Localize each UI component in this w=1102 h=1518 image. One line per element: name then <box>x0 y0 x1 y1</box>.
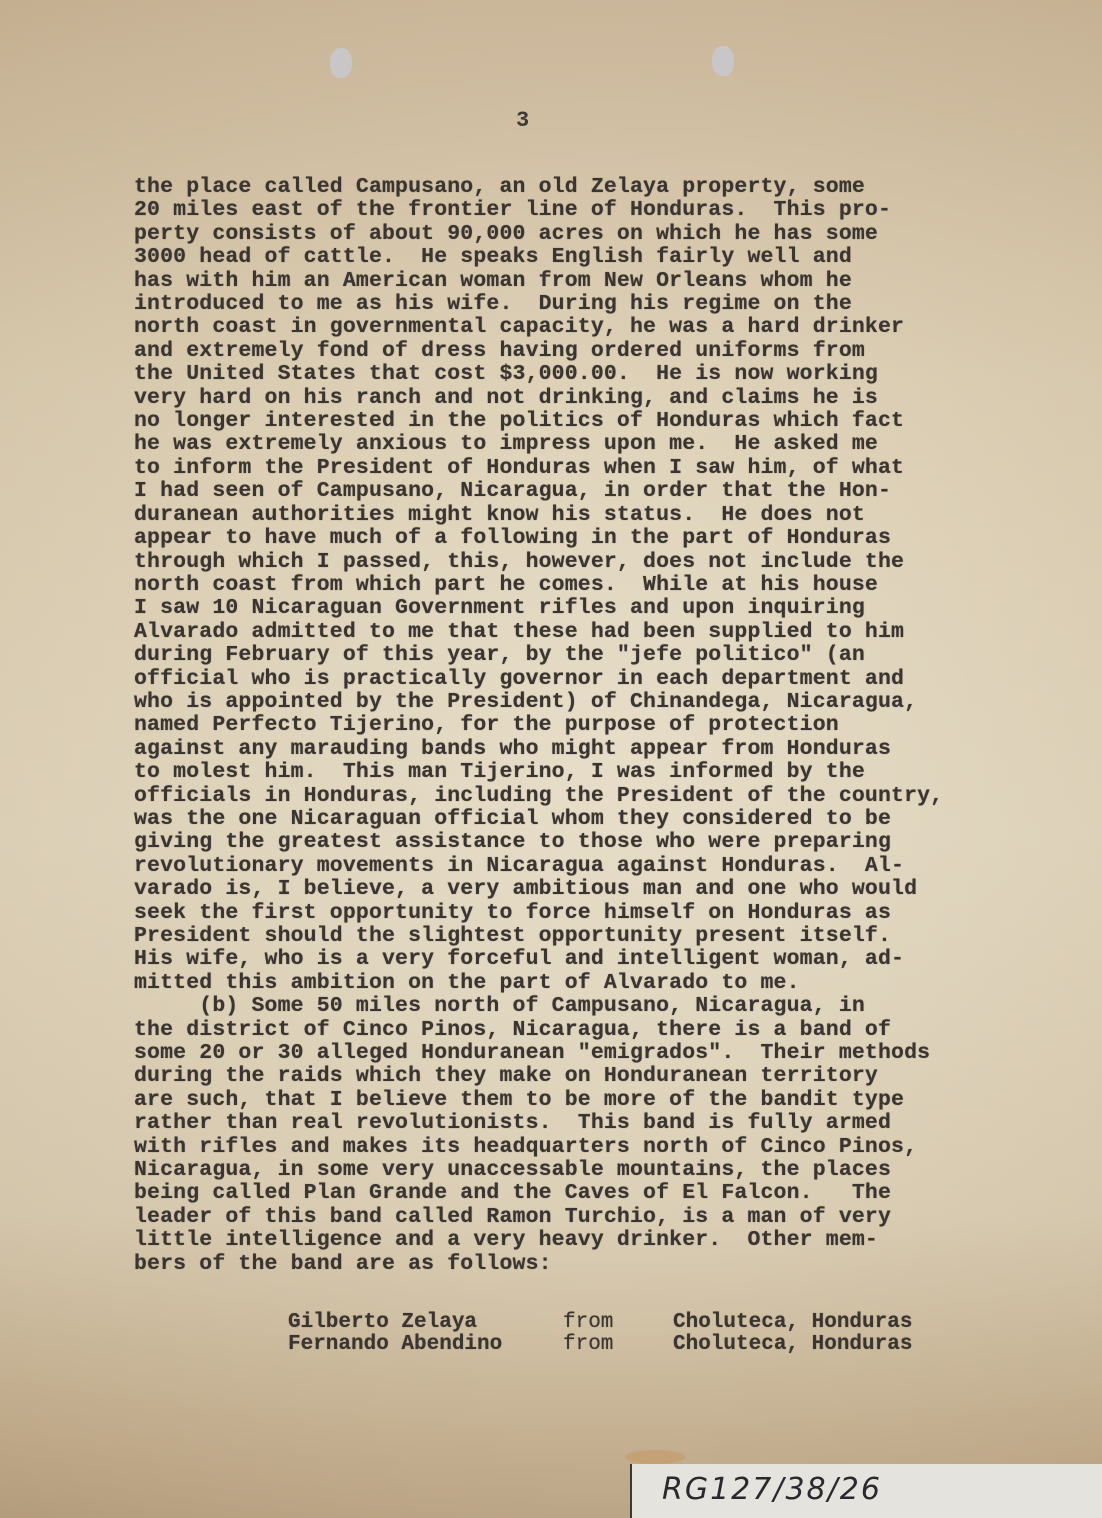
text-line: to inform the President of Honduras when… <box>134 457 1014 480</box>
text-line: 3000 head of cattle. He speaks English f… <box>134 246 1014 269</box>
text-line: the place called Campusano, an old Zelay… <box>134 176 1014 199</box>
text-line: rather than real revolutionists. This ba… <box>134 1112 1014 1135</box>
member-name: Fernando Abendino <box>288 1334 563 1356</box>
member-row: Fernando AbendinofromCholuteca, Honduras <box>288 1334 968 1356</box>
text-line: perty consists of about 90,000 acres on … <box>134 223 1014 246</box>
member-name: Gilberto Zelaya <box>288 1312 563 1334</box>
member-place: Choluteca, Honduras <box>673 1334 912 1356</box>
text-line: official who is practically governor in … <box>134 668 1014 691</box>
member-row: Gilberto ZelayafromCholuteca, Honduras <box>288 1312 968 1334</box>
text-line: being called Plan Grande and the Caves o… <box>134 1182 1014 1205</box>
text-line: little intelligence and a very heavy dri… <box>134 1229 1014 1252</box>
member-place: Choluteca, Honduras <box>673 1312 912 1334</box>
text-line: north coast in governmental capacity, he… <box>134 316 1014 339</box>
text-line: was the one Nicaraguan official whom the… <box>134 808 1014 831</box>
band-members-list: Gilberto ZelayafromCholuteca, HondurasFe… <box>288 1312 968 1356</box>
text-line: some 20 or 30 alleged Honduranean "emigr… <box>134 1042 1014 1065</box>
text-line: with rifles and makes its headquarters n… <box>134 1136 1014 1159</box>
text-line: very hard on his ranch and not drinking,… <box>134 387 1014 410</box>
text-line: during the raids which they make on Hond… <box>134 1065 1014 1088</box>
archive-label: RG127/38/26 <box>662 1472 882 1507</box>
text-line: Alvarado admitted to me that these had b… <box>134 621 1014 644</box>
text-line: appear to have much of a following in th… <box>134 527 1014 550</box>
archive-label-card: RG127/38/26 <box>630 1464 1102 1518</box>
text-line: the United States that cost $3,000.00. H… <box>134 363 1014 386</box>
member-from: from <box>563 1334 673 1356</box>
text-line: giving the greatest assistance to those … <box>134 831 1014 854</box>
text-line: I saw 10 Nicaraguan Government rifles an… <box>134 597 1014 620</box>
text-line: I had seen of Campusano, Nicaragua, in o… <box>134 480 1014 503</box>
text-line: are such, that I believe them to be more… <box>134 1089 1014 1112</box>
member-from: from <box>563 1312 673 1334</box>
text-line: leader of this band called Ramon Turchio… <box>134 1206 1014 1229</box>
text-line: President should the slightest opportuni… <box>134 925 1014 948</box>
page-number: 3 <box>516 108 529 133</box>
text-line: to molest him. This man Tijerino, I was … <box>134 761 1014 784</box>
text-line: has with him an American woman from New … <box>134 270 1014 293</box>
text-line: north coast from which part he comes. Wh… <box>134 574 1014 597</box>
paper-stain <box>625 1450 685 1464</box>
text-line: no longer interested in the politics of … <box>134 410 1014 433</box>
text-line: (b) Some 50 miles north of Campusano, Ni… <box>134 995 1014 1018</box>
text-line: 20 miles east of the frontier line of Ho… <box>134 199 1014 222</box>
text-line: against any marauding bands who might ap… <box>134 738 1014 761</box>
text-line: Nicaragua, in some very unaccessable mou… <box>134 1159 1014 1182</box>
text-line: during February of this year, by the "je… <box>134 644 1014 667</box>
document-page: 3 the place called Campusano, an old Zel… <box>0 0 1102 1518</box>
text-line: the district of Cinco Pinos, Nicaragua, … <box>134 1019 1014 1042</box>
text-line: varado is, I believe, a very ambitious m… <box>134 878 1014 901</box>
text-line: officials in Honduras, including the Pre… <box>134 785 1014 808</box>
text-line: he was extremely anxious to impress upon… <box>134 433 1014 456</box>
text-line: mitted this ambition on the part of Alva… <box>134 972 1014 995</box>
punch-hole <box>330 48 352 78</box>
text-line: and extremely fond of dress having order… <box>134 340 1014 363</box>
text-line: His wife, who is a very forceful and int… <box>134 948 1014 971</box>
text-line: seek the first opportunity to force hims… <box>134 902 1014 925</box>
text-line: duranean authorities might know his stat… <box>134 504 1014 527</box>
punch-hole <box>712 46 734 76</box>
text-line: introduced to me as his wife. During his… <box>134 293 1014 316</box>
text-line: named Perfecto Tijerino, for the purpose… <box>134 714 1014 737</box>
text-line: revolutionary movements in Nicaragua aga… <box>134 855 1014 878</box>
text-line: who is appointed by the President) of Ch… <box>134 691 1014 714</box>
text-line: through which I passed, this, however, d… <box>134 551 1014 574</box>
text-line: bers of the band are as follows: <box>134 1253 1014 1276</box>
body-text: the place called Campusano, an old Zelay… <box>134 176 1014 1276</box>
